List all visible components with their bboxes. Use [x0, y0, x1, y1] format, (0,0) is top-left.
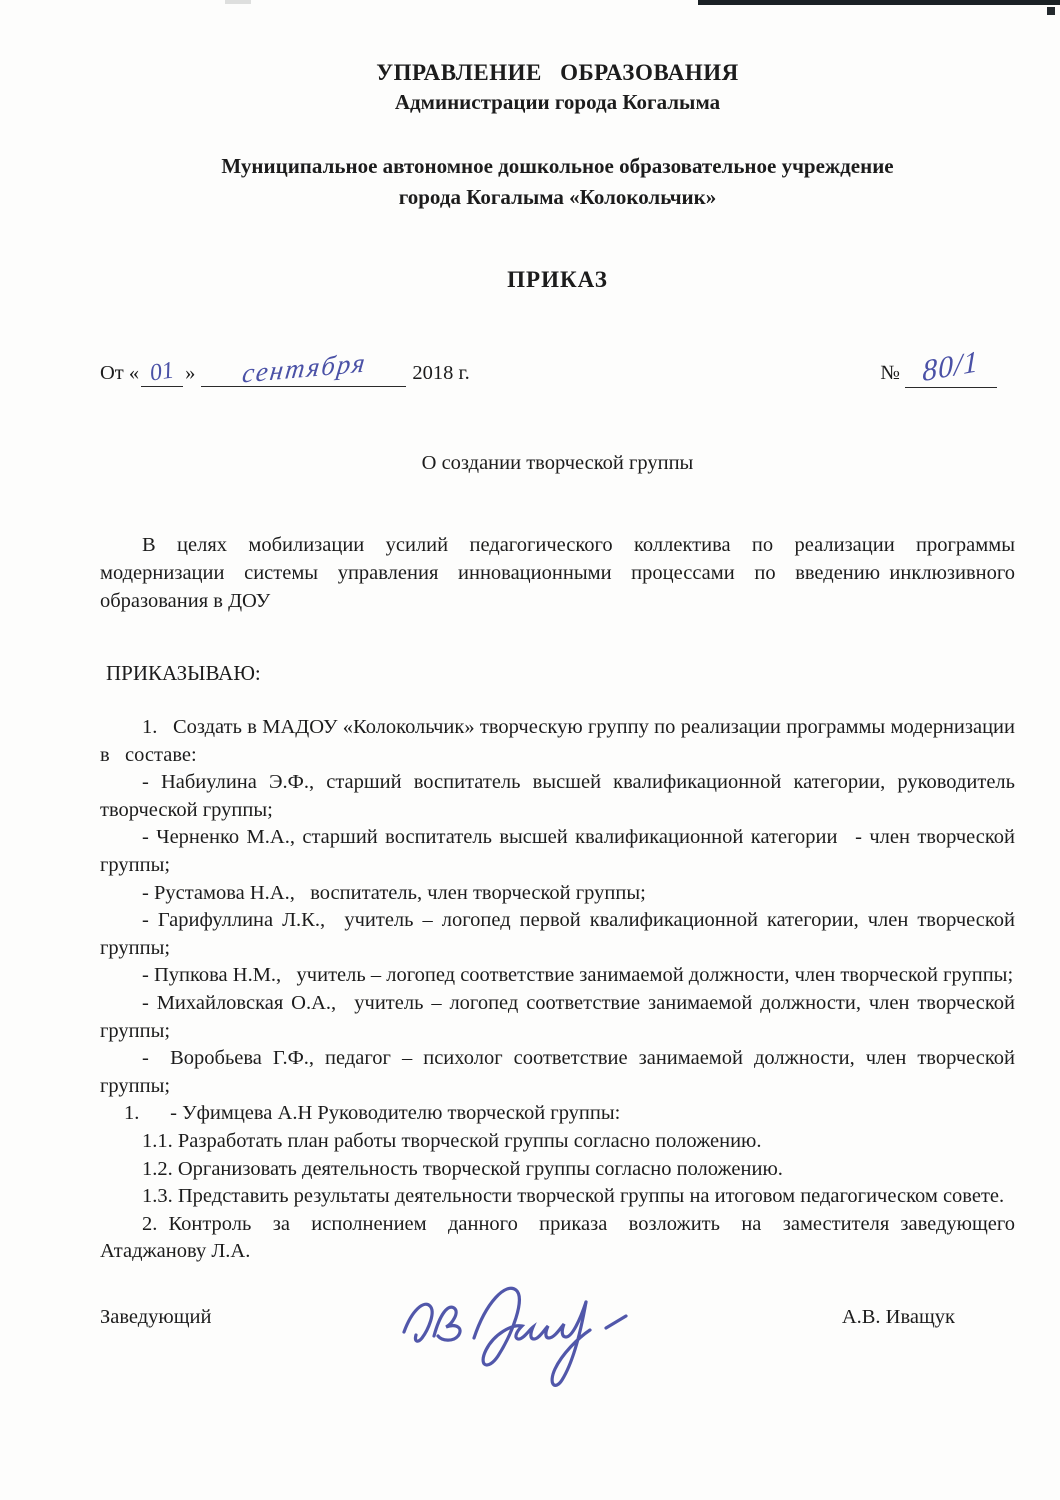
subject-line: О создании творческой группы — [100, 452, 1015, 475]
scan-artifact-dot — [1047, 7, 1055, 15]
handwritten-month: сентября — [240, 347, 368, 389]
order-item: - Черненко М.А., старший воспитатель выс… — [100, 824, 1015, 879]
order-items: 1. Создать в МАДОУ «Колокольчик» творчес… — [100, 714, 1015, 1266]
order-item: - Михайловская О.А., учитель – логопед с… — [100, 990, 1015, 1045]
scan-artifact-top-bar — [698, 0, 1060, 5]
institution-name-line1: Муниципальное автономное дошкольное обра… — [100, 151, 1015, 182]
number-sign-label: № — [880, 362, 900, 384]
date-prefix-label: От « — [100, 362, 139, 384]
date-year-label: 2018 г. — [412, 362, 469, 384]
institution-block: Муниципальное автономное дошкольное обра… — [100, 151, 1015, 213]
signer-name-label: А.В. Иващук — [842, 1282, 1015, 1329]
order-item: 1.1. Разработать план работы творческой … — [100, 1128, 1015, 1156]
institution-name-line2: города Когалыма «Колокольчик» — [100, 182, 1015, 213]
date-close-quote: » — [185, 362, 195, 384]
order-item: 1. Создать в МАДОУ «Колокольчик» творчес… — [100, 714, 1015, 769]
order-item: - Рустамова Н.А., воспитатель, член твор… — [100, 880, 1015, 908]
signer-position-label: Заведующий — [100, 1282, 211, 1329]
date-month-blank: сентября — [201, 355, 406, 387]
document-type-title: ПРИКАЗ — [100, 267, 1015, 293]
document-content: УПРАВЛЕНИЕ ОБРАЗОВАНИЯ Администрации гор… — [100, 60, 1015, 1402]
date-and-number-row: От «01»сентября2018 г. № 80/1 — [100, 353, 1015, 388]
order-item: 2. Контроль за исполнением данного прика… — [100, 1211, 1015, 1266]
order-number-field: № 80/1 — [880, 353, 1015, 388]
order-item: - Гарифуллина Л.К., учитель – логопед пе… — [100, 907, 1015, 962]
preamble-paragraph: В целях мобилизации усилий педагогическо… — [100, 531, 1015, 615]
scan-artifact-smudge — [225, 0, 251, 4]
signature-scribble — [390, 1272, 650, 1402]
order-item: - Воробьева Г.Ф., педагог – психолог соо… — [100, 1045, 1015, 1100]
date-field: От «01»сентября2018 г. — [100, 355, 470, 387]
order-item: - Пупкова Н.М., учитель – логопед соотве… — [100, 962, 1015, 990]
signature-row: Заведующий А.В. Иващук — [100, 1282, 1015, 1402]
order-item: 1. - Уфимцева А.Н Руководителю творческо… — [100, 1100, 1015, 1128]
handwritten-day: 01 — [148, 357, 176, 387]
handwritten-number: 80/1 — [923, 345, 979, 389]
org-department-line: УПРАВЛЕНИЕ ОБРАЗОВАНИЯ — [100, 60, 1015, 86]
number-blank: 80/1 — [905, 353, 997, 388]
document-page: УПРАВЛЕНИЕ ОБРАЗОВАНИЯ Администрации гор… — [0, 0, 1060, 1500]
org-administration-line: Администрации города Когалыма — [100, 90, 1015, 115]
order-item: - Набиулина Э.Ф., старший воспитатель вы… — [100, 769, 1015, 824]
order-item: 1.2. Организовать деятельность творческо… — [100, 1156, 1015, 1184]
date-day-blank: 01 — [141, 359, 183, 387]
order-item: 1.3. Представить результаты деятельности… — [100, 1183, 1015, 1211]
order-word: ПРИКАЗЫВАЮ: — [100, 661, 1015, 686]
